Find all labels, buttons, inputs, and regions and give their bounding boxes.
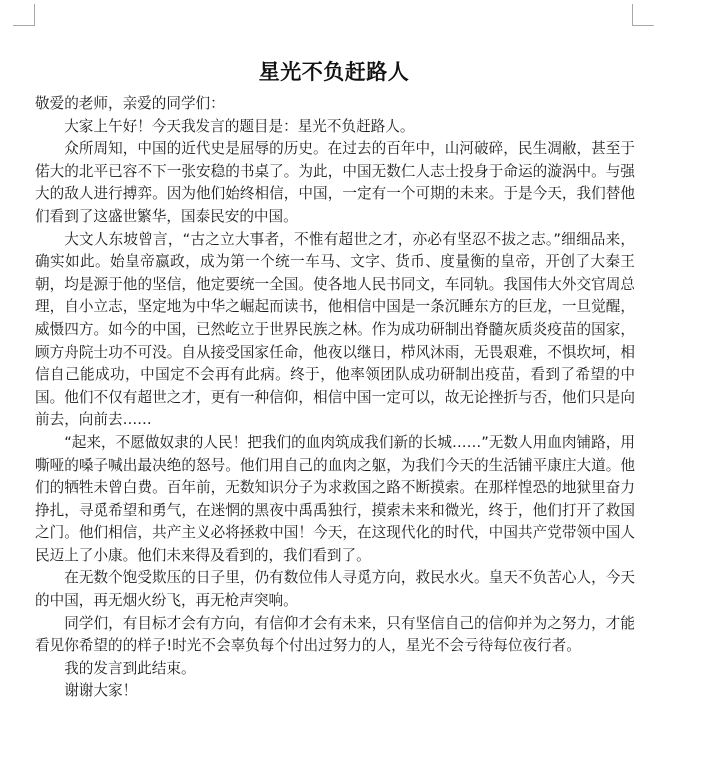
page-corner-mark-top-right <box>632 4 654 26</box>
document-body: 敬爱的老师，亲爱的同学们： 大家上午好！今天我发言的题目是：星光不负赶路人。 众… <box>35 93 635 703</box>
paragraph-closing: 我的发言到此结束。 <box>35 658 635 681</box>
paragraph-thanks: 谢谢大家！ <box>35 680 635 703</box>
paragraph-today: 在无数个饱受欺压的日子里，仍有数位伟人寻觅方向，救民水火。皇天不负苦心人，今天的… <box>35 567 635 612</box>
document-title: 星光不负赶路人 <box>0 56 668 86</box>
salutation: 敬爱的老师，亲爱的同学们： <box>35 93 635 116</box>
paragraph-greeting: 大家上午好！今天我发言的题目是：星光不负赶路人。 <box>35 116 635 139</box>
paragraph-examples: 大文人东坡曾言，“古之立大事者，不惟有超世之才，亦必有坚忍不拔之志。”细细品来，… <box>35 229 635 432</box>
paragraph-history: 众所周知，中国的近代史是屈辱的历史。在过去的百年中，山河破碎，民生凋敝，甚至于偌… <box>35 138 635 228</box>
page-corner-mark-top-left <box>13 4 35 26</box>
paragraph-sacrifice: “起来，不愿做奴隶的人民！把我们的血肉筑成我们新的长城……”无数人用血肉铺路，用… <box>35 432 635 568</box>
paragraph-exhortation: 同学们，有目标才会有方向，有信仰才会有未来，只有坚信自己的信仰并为之努力，才能看… <box>35 613 635 658</box>
